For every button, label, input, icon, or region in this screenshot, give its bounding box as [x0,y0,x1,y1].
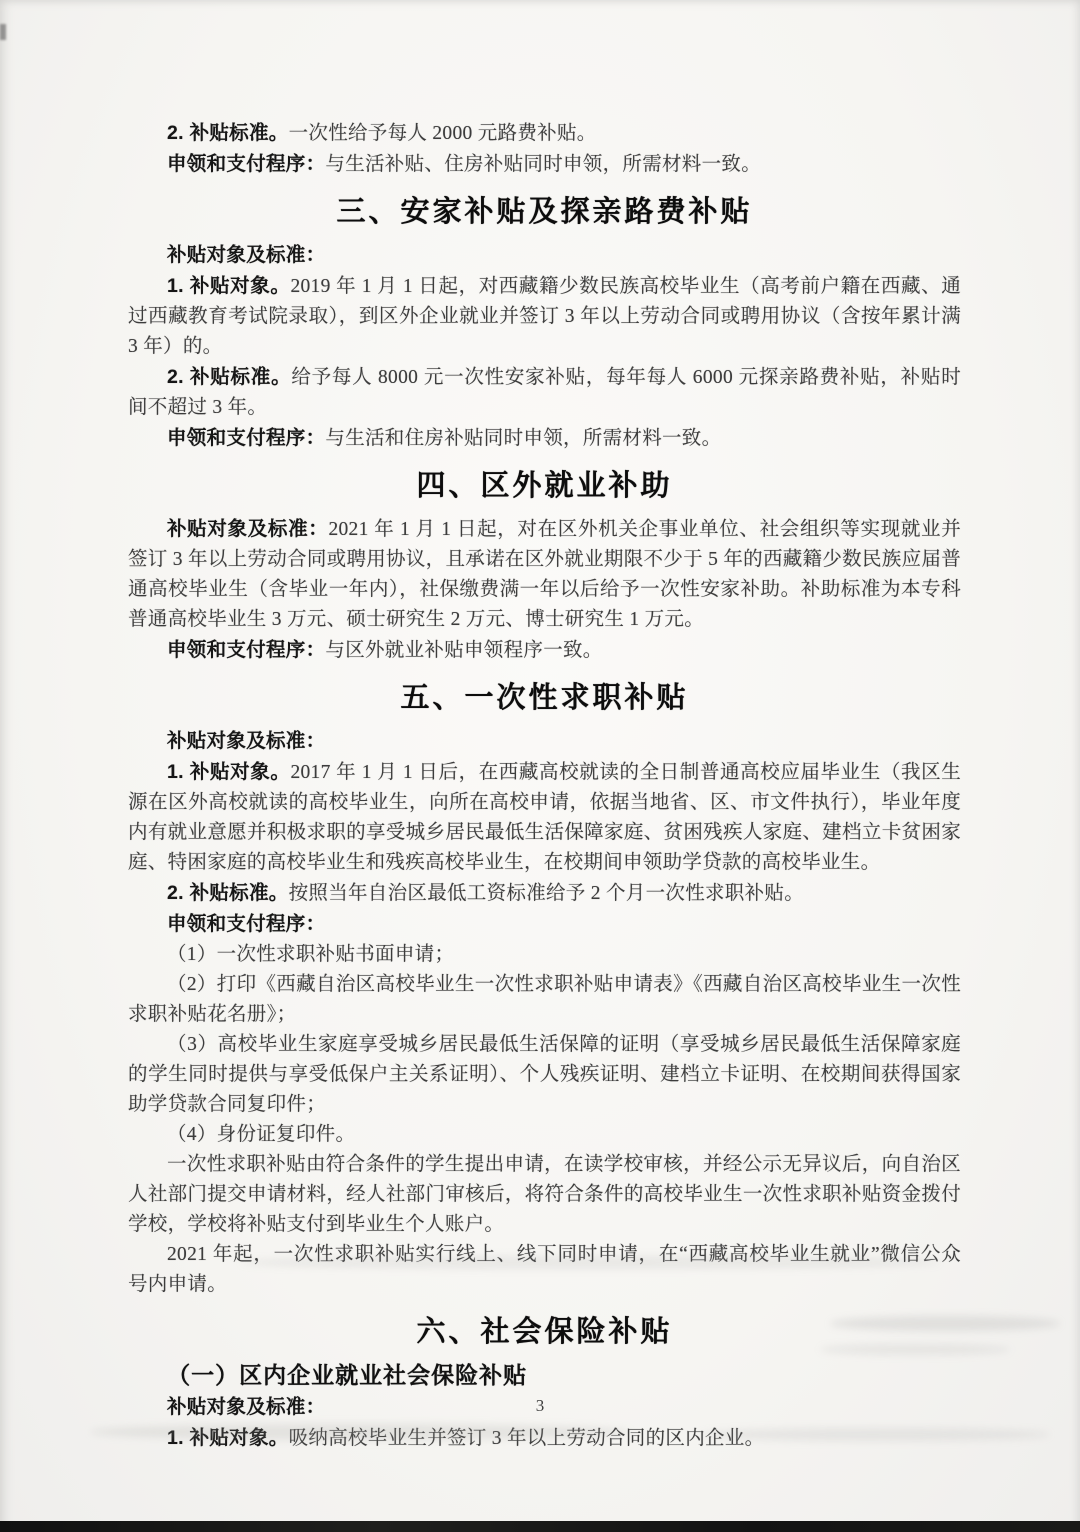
paragraph-text: 吸纳高校毕业生并签订 3 年以上劳动合同的区内企业。 [289,1428,765,1449]
section-heading-6-social-insurance-subsidy: 六、社会保险补贴 [128,1314,961,1350]
subsection-heading-in-region-enterprise: （一）区内企业就业社会保险补贴 [128,1360,961,1390]
paragraph-label: 申领和支付程序： [167,913,325,935]
paragraph-s5-standard: 2. 补贴标准。按照当年自治区最低工资标准给予 2 个月一次性求职补贴。 [128,878,961,909]
page-number: 3 [0,1396,1080,1416]
paragraph-s4-targets: 补贴对象及标准：2021 年 1 月 1 日起，对在区外机关企事业单位、社会组织… [128,514,961,635]
paragraph-text: 一次性给予每人 2000 元路费补贴。 [289,123,597,144]
paragraph-label: 2. 补贴标准。 [167,882,289,904]
document-body: 2. 补贴标准。一次性给予每人 2000 元路费补贴。 申领和支付程序：与生活补… [128,118,961,1454]
paragraph-s3-targets-title: 补贴对象及标准： [128,240,961,271]
list-item-3-certificates: （3）高校毕业生家庭享受城乡居民最低生活保障的证明（享受城乡居民最低生活保障家庭… [128,1030,961,1120]
paragraph-label: 2. 补贴标准。 [167,122,289,144]
paragraph-label: 补贴对象及标准： [167,730,325,752]
paragraph-label: 1. 补贴对象。 [167,761,290,783]
paragraph-s5-process-flow: 一次性求职补贴由符合条件的学生提出申请，在读学校审核，并经公示无异议后，向自治区… [128,1150,961,1240]
paragraph-label: 1. 补贴对象。 [167,275,290,297]
paragraph-label: 补贴对象及标准： [167,518,328,540]
paragraph-s5-procedure-title: 申领和支付程序： [128,909,961,940]
paragraph-s6-target: 1. 补贴对象。吸纳高校毕业生并签订 3 年以上劳动合同的区内企业。 [128,1423,961,1454]
paragraph-text: 按照当年自治区最低工资标准给予 2 个月一次性求职补贴。 [289,883,804,904]
scan-bottom-edge [0,1521,1080,1532]
paragraph-label: 2. 补贴标准。 [167,366,291,388]
paragraph-s5-targets-title: 补贴对象及标准： [128,726,961,757]
section-heading-5-job-seeking-subsidy: 五、一次性求职补贴 [128,680,961,716]
paragraph-text: 与生活和住房补贴同时申领，所需材料一致。 [325,428,721,449]
scanned-document-page: 2. 补贴标准。一次性给予每人 2000 元路费补贴。 申领和支付程序：与生活补… [0,0,1080,1532]
section-heading-3-settlement-subsidy: 三、安家补贴及探亲路费补贴 [128,194,961,230]
paragraph-label: 申领和支付程序： [167,639,325,661]
paragraph-text: 与区外就业补贴申领程序一致。 [325,640,602,661]
paragraph-s3-procedure: 申领和支付程序：与生活和住房补贴同时申领，所需材料一致。 [128,423,961,454]
paragraph-s5-online-application-note: 2021 年起，一次性求职补贴实行线上、线下同时申请，在“西藏高校毕业生就业”微… [128,1240,961,1300]
paragraph-label: 申领和支付程序： [167,427,325,449]
paragraph-text: 与生活补贴、住房补贴同时申领，所需材料一致。 [325,154,761,175]
paragraph-s4-procedure: 申领和支付程序：与区外就业补贴申领程序一致。 [128,635,961,666]
scan-edge-artifact [0,24,6,40]
paragraph-label: 申领和支付程序： [167,153,325,175]
paragraph-s3-standard: 2. 补贴标准。给予每人 8000 元一次性安家补贴，每年每人 6000 元探亲… [128,362,961,423]
paragraph-s5-target: 1. 补贴对象。2017 年 1 月 1 日后，在西藏高校就读的全日制普通高校应… [128,757,961,878]
section-heading-4-outside-region-employment: 四、区外就业补助 [128,468,961,504]
paragraph-travel-subsidy-standard: 2. 补贴标准。一次性给予每人 2000 元路费补贴。 [128,118,961,149]
list-item-4-id-copy: （4）身份证复印件。 [128,1120,961,1150]
paragraph-travel-subsidy-procedure: 申领和支付程序：与生活补贴、住房补贴同时申领，所需材料一致。 [128,149,961,180]
list-item-1-written-application: （1）一次性求职补贴书面申请； [128,940,961,970]
paragraph-s3-target: 1. 补贴对象。2019 年 1 月 1 日起，对西藏籍少数民族高校毕业生（高考… [128,271,961,362]
list-item-2-print-forms: （2）打印《西藏自治区高校毕业生一次性求职补贴申请表》《西藏自治区高校毕业生一次… [128,970,961,1030]
paragraph-label: 1. 补贴对象。 [167,1427,289,1449]
paragraph-label: 补贴对象及标准： [167,244,325,266]
